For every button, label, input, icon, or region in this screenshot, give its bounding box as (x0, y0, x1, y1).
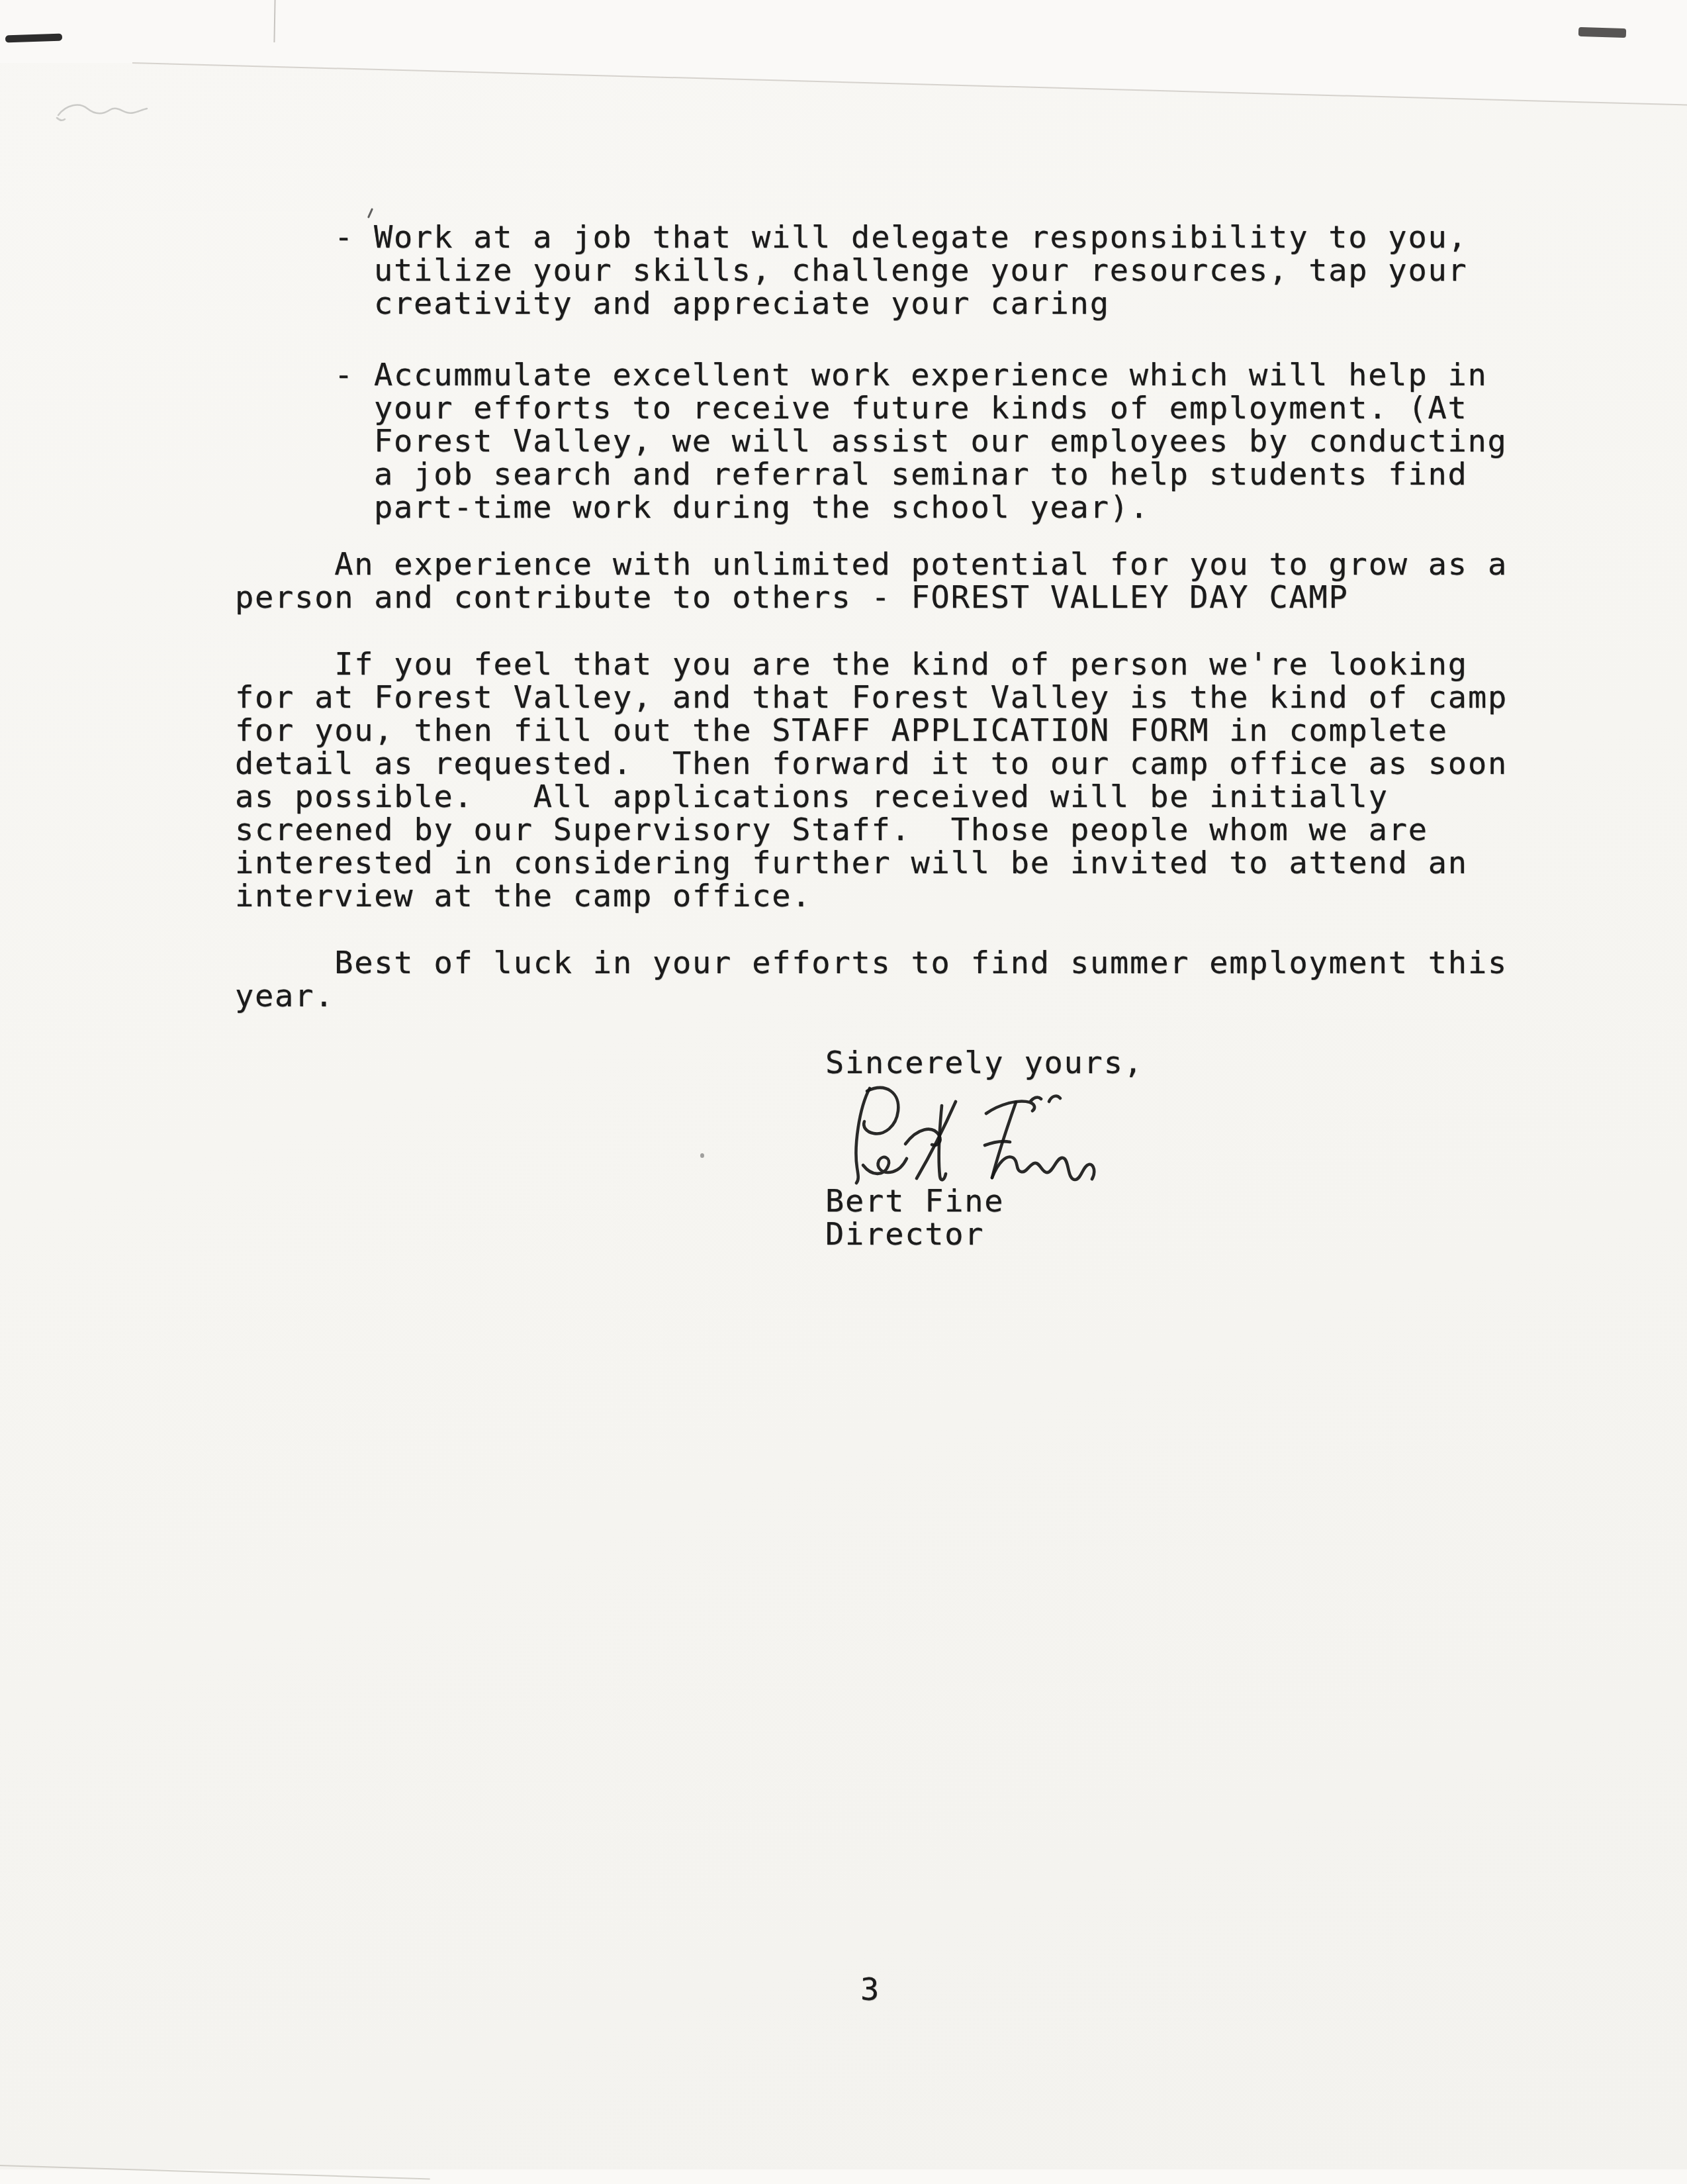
scan-artifact-tick (367, 208, 373, 218)
scan-artifact-dot (700, 1153, 704, 1158)
paragraph: Best of luck in your efforts to find sum… (235, 947, 1508, 1013)
scan-artifact-corner-streak (5, 34, 62, 43)
paper-top-edge (132, 62, 1687, 106)
paragraph: An experience with unlimited potential f… (235, 548, 1508, 614)
scan-artifact-crease (273, 0, 275, 42)
scan-artifact-pencil-scribble (53, 93, 162, 126)
bullet-text: Work at a job that will delegate respons… (374, 221, 1468, 320)
paragraph: If you feel that you are the kind of per… (235, 648, 1508, 913)
scan-artifact-topright-smudge (1578, 27, 1626, 38)
bullet-marker: - (334, 221, 354, 254)
signature-handwriting (839, 1080, 1107, 1190)
closing-salutation: Sincerely yours, (825, 1047, 1144, 1080)
typed-signer-title: Director (825, 1218, 984, 1251)
paper-bottom-edge (0, 2165, 430, 2179)
scan-top-edge-highlight (0, 0, 1687, 113)
scan-bottom-edge-highlight (0, 2169, 1687, 2184)
page-number: 3 (860, 1973, 880, 2007)
bullet-text: Accummulate excellent work experience wh… (374, 359, 1508, 524)
bullet-marker: - (334, 359, 354, 392)
letter-page-scan: - Work at a job that will delegate respo… (0, 0, 1687, 2184)
typed-signer-name: Bert Fine (825, 1185, 1004, 1218)
